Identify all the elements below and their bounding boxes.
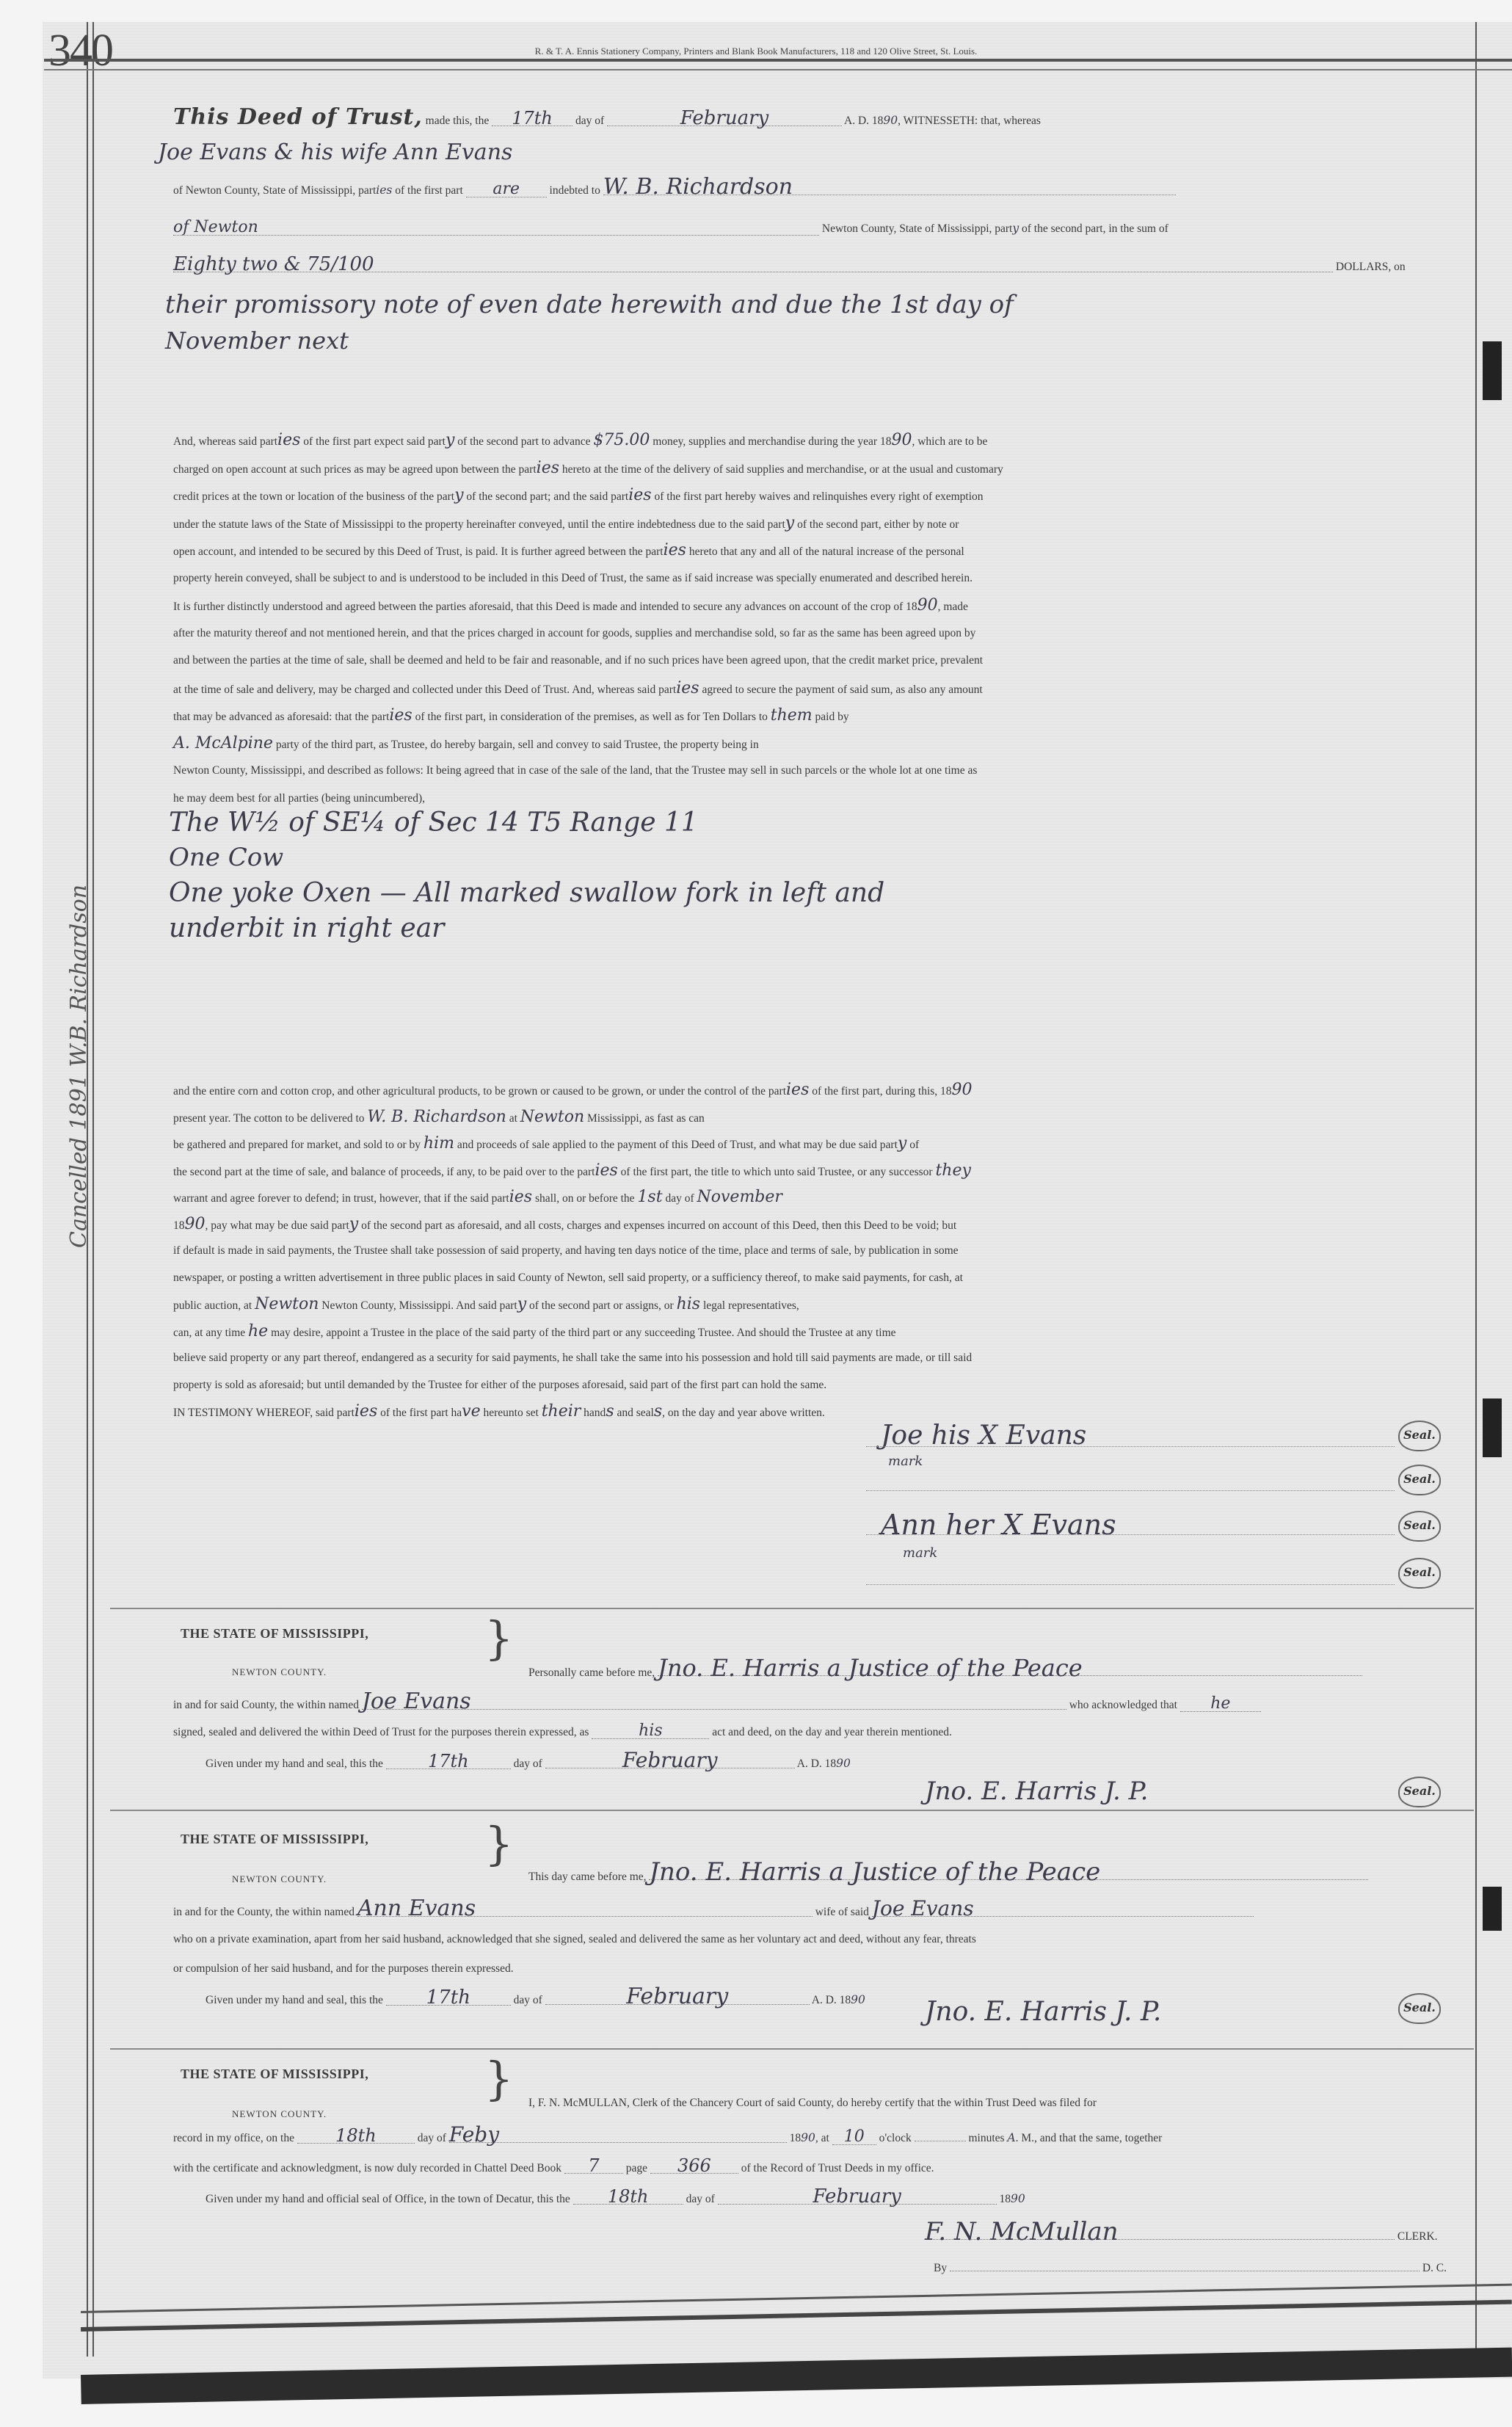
para2-line: warrant and agree forever to defend; in …: [173, 1190, 1450, 1206]
ack1-state: THE STATE OF MISSISSIPPI,: [181, 1626, 368, 1641]
sum-line: Eighty two & 75/100 DOLLARS, on: [173, 257, 1450, 275]
property-line-1: The W½ of SE¼ of Sec 14 T5 Range 11: [169, 808, 698, 838]
para1-line: charged on open account at such prices a…: [173, 461, 1450, 477]
deed-year: 90: [883, 114, 898, 127]
deed-title: This Deed of Trust,: [173, 104, 423, 130]
section-divider: [110, 1810, 1474, 1811]
para1-line: A. McAlpine party of the third part, as …: [173, 736, 1450, 752]
clerk-signature: F. N. McMullan: [925, 2224, 1395, 2240]
cert-clerk-line: F. N. McMullan CLERK.: [925, 2224, 1461, 2244]
section-divider: [110, 1608, 1474, 1609]
ack1-signature: Jno. E. Harris J. P.: [925, 1777, 1148, 1806]
note-description-2: November next: [165, 327, 349, 355]
ack2-state: THE STATE OF MISSISSIPPI,: [181, 1832, 368, 1847]
ack2-line3: who on a private examination, apart from…: [173, 1932, 1450, 1947]
ack2-line4: or compulsion of her said husband, and f…: [173, 1962, 1450, 1976]
cert-line1: I, F. N. McMULLAN, Clerk of the Chancery…: [528, 2096, 1461, 2111]
ack1-line2: in and for said County, the within named…: [173, 1694, 1450, 1713]
seal-icon: Seal.: [1398, 1993, 1441, 2024]
signature-ann-mark: mark: [903, 1545, 937, 1561]
property-line-2: One Cow: [169, 843, 283, 872]
para2-line: the second part at the time of sale, and…: [173, 1164, 1450, 1180]
ack2-line5: Given under my hand and seal, this the 1…: [206, 1989, 1483, 2008]
para2-line: 1890, pay what may be due said party of …: [173, 1217, 1450, 1233]
para2-line: if default is made in said payments, the…: [173, 1244, 1450, 1258]
para1-line: he may deem best for all parties (being …: [173, 791, 1450, 806]
cert-hour: 10: [832, 2130, 876, 2145]
ack2-officer: Jno. E. Harris a Justice of the Peace: [649, 1865, 1368, 1880]
ack2-signature: Jno. E. Harris J. P.: [925, 1997, 1161, 2027]
para1-line: property herein conveyed, shall be subje…: [173, 571, 1450, 586]
ack1-line1: Personally came before me, Jno. E. Harri…: [528, 1661, 1461, 1680]
ack2-line2: in and for the County, the within named …: [173, 1901, 1450, 1920]
para1-line: and between the parties at the time of s…: [173, 653, 1450, 668]
brace-icon: }: [484, 2052, 513, 2105]
signature-line: [866, 1446, 1395, 1447]
para2-line: believe said property or any part thereo…: [173, 1351, 1450, 1365]
seal-icon: Seal.: [1398, 1777, 1441, 1807]
property-line-4: underbit in right ear: [169, 913, 444, 943]
are-field: are: [466, 182, 547, 197]
grantors: Joe Evans & his wife Ann Evans: [158, 139, 512, 165]
property-line-3: One yoke Oxen — All marked swallow fork …: [169, 878, 884, 908]
cert-book: 7: [564, 2158, 623, 2174]
creditor-field: W. B. Richardson: [603, 180, 1176, 195]
ack1-line4: Given under my hand and seal, this the 1…: [206, 1753, 1483, 1771]
para2-line: and the entire corn and cotton crop, and…: [173, 1083, 1450, 1099]
ack1-named: Joe Evans: [362, 1694, 1066, 1710]
sum-field: Eighty two & 75/100: [173, 257, 1333, 272]
ack2-named: Ann Evans: [357, 1901, 813, 1917]
para1-line: at the time of sale and delivery, may be…: [173, 681, 1450, 697]
deed-day: 17th: [492, 111, 573, 126]
ack2-county: NEWTON COUNTY.: [232, 1873, 327, 1885]
seal-icon: Seal.: [1398, 1421, 1441, 1451]
ack1-line3: signed, sealed and delivered the within …: [173, 1724, 1450, 1740]
seal-icon: Seal.: [1398, 1511, 1441, 1542]
cert-county: NEWTON COUNTY.: [232, 2108, 327, 2120]
para2-line: can, at any time he may desire, appoint …: [173, 1324, 1450, 1341]
para2-line: present year. The cotton to be delivered…: [173, 1110, 1450, 1126]
signature-line: [866, 1490, 1395, 1491]
seal-icon: Seal.: [1398, 1465, 1441, 1495]
cert-page: 366: [650, 2158, 738, 2174]
cert-state: THE STATE OF MISSISSIPPI,: [181, 2067, 368, 2082]
signature-line: [866, 1584, 1395, 1585]
margin-cancellation-note: Cancelled 1891 W.B. Richardson: [66, 885, 92, 1248]
section-divider: [110, 2048, 1474, 2050]
para1-line: And, whereas said parties of the first p…: [173, 433, 1450, 449]
para2-line: IN TESTIMONY WHEREOF, said parties of th…: [173, 1404, 1450, 1421]
para2-line: be gathered and prepared for market, and…: [173, 1136, 1450, 1153]
cert-line2: record in my office, on the 18th day of …: [173, 2127, 1450, 2146]
creditor-residence: of Newton: [173, 220, 819, 236]
note-description-1: their promissory note of even date herew…: [165, 290, 1014, 319]
cert-line4: Given under my hand and official seal of…: [206, 2189, 1483, 2207]
creditor-residence-line: of Newton Newton County, State of Missis…: [173, 220, 1450, 236]
signature-joe-mark: mark: [888, 1454, 923, 1469]
ack2-husband: Joe Evans: [872, 1901, 1254, 1917]
deed-title-line: This Deed of Trust, made this, the 17th …: [173, 110, 1450, 128]
parties-line: of Newton County, State of Mississippi, …: [173, 180, 1450, 198]
deed-month: February: [607, 111, 842, 126]
ack1-county: NEWTON COUNTY.: [232, 1666, 327, 1678]
para2-line: public auction, at Newton Newton County,…: [173, 1297, 1450, 1313]
para1-line: under the statute laws of the State of M…: [173, 516, 1450, 532]
cert-month: Feby: [449, 2127, 787, 2143]
cert-line3: with the certificate and acknowledgment,…: [173, 2158, 1450, 2176]
para1-line: open account, and intended to be secured…: [173, 543, 1450, 559]
brace-icon: }: [484, 1611, 513, 1665]
para1-line: credit prices at the town or location of…: [173, 488, 1450, 504]
para1-line: Newton County, Mississippi, and describe…: [173, 763, 1450, 778]
brace-icon: }: [484, 1817, 513, 1871]
para1-line: that may be advanced as aforesaid: that …: [173, 708, 1450, 725]
cert-deputy-line: By D. C.: [934, 2261, 1461, 2276]
header-rule: [44, 59, 1512, 62]
printer-imprint: R. & T. A. Ennis Stationery Company, Pri…: [0, 46, 1512, 57]
signature-ann-evans: Ann her X Evans: [881, 1509, 1116, 1541]
para1-line: after the maturity thereof and not menti…: [173, 626, 1450, 641]
signature-line: [866, 1534, 1395, 1535]
para2-line: property is sold as aforesaid; but until…: [173, 1378, 1450, 1393]
ack2-line1: This day came before me, Jno. E. Harris …: [528, 1865, 1461, 1884]
para1-line: It is further distinctly understood and …: [173, 598, 1450, 614]
para2-line: newspaper, or posting a written advertis…: [173, 1271, 1450, 1285]
seal-icon: Seal.: [1398, 1558, 1441, 1589]
header-rule-thin: [44, 69, 1512, 70]
cert-day: 18th: [297, 2128, 415, 2144]
ack1-officer: Jno. E. Harris a Justice of the Peace: [658, 1661, 1362, 1676]
